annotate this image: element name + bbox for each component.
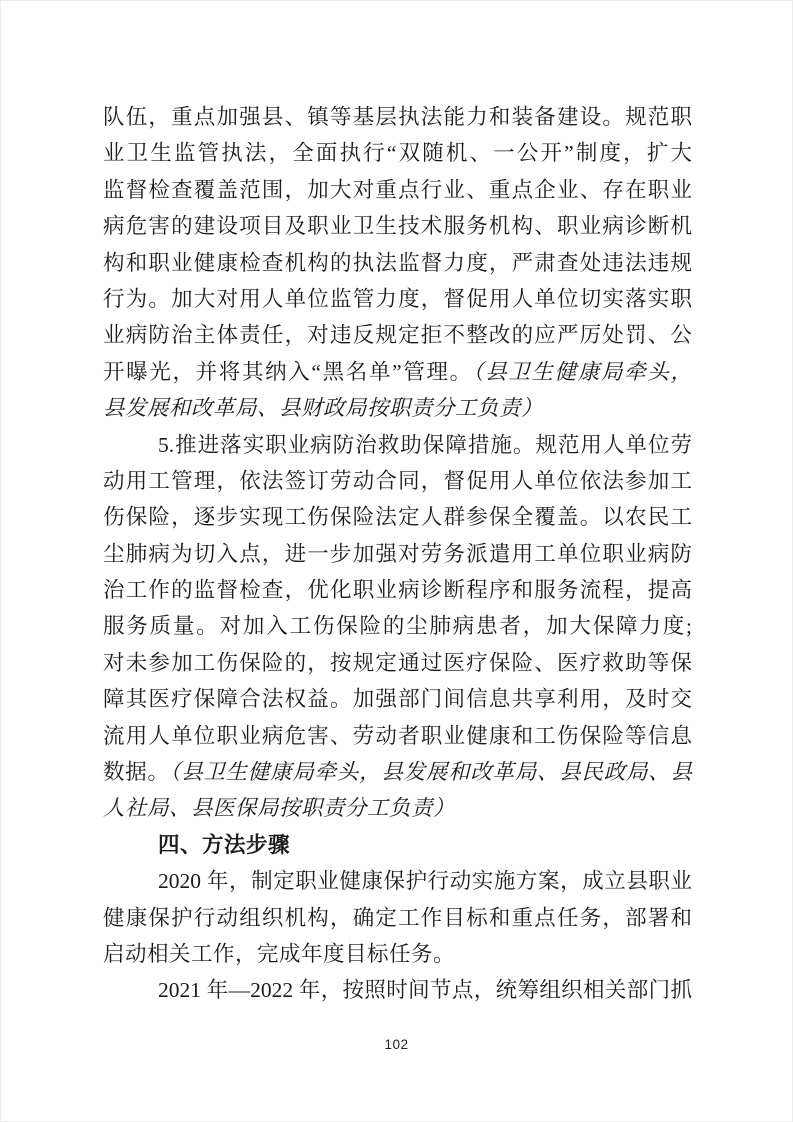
- text-run: 业卫生监管执法，全面执行“双随机、一公开”制度，扩大: [103, 141, 692, 165]
- text-run: 业病防治主体责任，对违反规定拒不整改的应严厉处罚、公: [103, 323, 692, 347]
- text-run: 服务质量。对加入工伤保险的尘肺病患者，加大保障力度;: [103, 614, 692, 638]
- text-run: 启动相关工作，完成年度目标任务。: [103, 942, 455, 966]
- page-number: 102: [1, 1037, 792, 1052]
- section-heading: 四、方法步骤: [103, 827, 692, 863]
- text-run: 监督检查覆盖范围，加大对重点行业、重点企业、存在职业: [103, 178, 692, 202]
- responsibility-note: 县发展和改革局、县财政局按职责分工负责）: [103, 396, 543, 420]
- responsibility-note: 人社局、县医保局按职责分工负责）: [103, 796, 455, 820]
- text-run: 队伍，重点加强县、镇等基层执法能力和装备建设。规范职: [103, 105, 692, 129]
- text-line: 开曝光，并将其纳入“黑名单”管理。（县卫生健康局牵头，: [103, 354, 692, 390]
- text-run: 5.推进落实职业病防治救助保障措施。规范用人单位劳: [158, 433, 692, 457]
- text-run: 2021 年—2022 年，按照时间节点，统筹组织相关部门抓: [158, 978, 692, 1002]
- text-line: 县发展和改革局、县财政局按职责分工负责）: [103, 390, 692, 426]
- text-line: 流用人单位职业病危害、劳动者职业健康和工伤保险等信息: [103, 718, 692, 754]
- text-line: 动用工管理，依法签订劳动合同，督促用人单位依法参加工: [103, 463, 692, 499]
- text-line: 病危害的建设项目及职业卫生技术服务机构、职业病诊断机: [103, 208, 692, 244]
- text-line: 行为。加大对用人单位监管力度，督促用人单位切实落实职: [103, 281, 692, 317]
- text-run: 障其医疗保障合法权益。加强部门间信息共享利用，及时交: [103, 687, 692, 711]
- text-line: 监督检查覆盖范围，加大对重点行业、重点企业、存在职业: [103, 172, 692, 208]
- text-line: 5.推进落实职业病防治救助保障措施。规范用人单位劳: [103, 427, 692, 463]
- text-run: 病危害的建设项目及职业卫生技术服务机构、职业病诊断机: [103, 214, 692, 238]
- text-line: 治工作的监督检查，优化职业病诊断程序和服务流程，提高: [103, 572, 692, 608]
- text-run: 对未参加工伤保险的，按规定通过医疗保险、医疗救助等保: [103, 651, 692, 675]
- responsibility-note: （县卫生健康局牵头，: [473, 360, 692, 384]
- responsibility-note: （县卫生健康局牵头，县发展和改革局、县民政局、县: [170, 760, 692, 784]
- text-line: 2020 年，制定职业健康保护行动实施方案，成立县职业: [103, 863, 692, 899]
- text-run: 行为。加大对用人单位监管力度，督促用人单位切实落实职: [103, 287, 692, 311]
- text-run: 开曝光，并将其纳入“黑名单”管理。: [103, 360, 473, 384]
- text-line: 健康保护行动组织机构，确定工作目标和重点任务，部署和: [103, 900, 692, 936]
- text-run: 2020 年，制定职业健康保护行动实施方案，成立县职业: [158, 869, 692, 893]
- text-line: 数据。（县卫生健康局牵头，县发展和改革局、县民政局、县: [103, 754, 692, 790]
- text-run: 流用人单位职业病危害、劳动者职业健康和工伤保险等信息: [103, 724, 692, 748]
- text-line: 业病防治主体责任，对违反规定拒不整改的应严厉处罚、公: [103, 317, 692, 353]
- text-line: 服务质量。对加入工伤保险的尘肺病患者，加大保障力度;: [103, 608, 692, 644]
- text-line: 队伍，重点加强县、镇等基层执法能力和装备建设。规范职: [103, 99, 692, 135]
- text-run: 健康保护行动组织机构，确定工作目标和重点任务，部署和: [103, 906, 692, 930]
- text-line: 启动相关工作，完成年度目标任务。: [103, 936, 692, 972]
- text-line: 尘肺病为切入点，进一步加强对劳务派遣用工单位职业病防: [103, 536, 692, 572]
- text-run: 伤保险，逐步实现工伤保险法定人群参保全覆盖。以农民工: [103, 505, 692, 529]
- text-run: 动用工管理，依法签订劳动合同，督促用人单位依法参加工: [103, 469, 692, 493]
- section-heading-text: 四、方法步骤: [158, 833, 290, 857]
- text-line: 2021 年—2022 年，按照时间节点，统筹组织相关部门抓: [103, 972, 692, 1008]
- document-page: 队伍，重点加强县、镇等基层执法能力和装备建设。规范职 业卫生监管执法，全面执行“…: [0, 0, 793, 1122]
- text-run: 治工作的监督检查，优化职业病诊断程序和服务流程，提高: [103, 578, 692, 602]
- text-line: 人社局、县医保局按职责分工负责）: [103, 790, 692, 826]
- text-run: 数据。: [103, 760, 170, 784]
- document-body: 队伍，重点加强县、镇等基层执法能力和装备建设。规范职 业卫生监管执法，全面执行“…: [103, 99, 692, 1009]
- text-line: 伤保险，逐步实现工伤保险法定人群参保全覆盖。以农民工: [103, 499, 692, 535]
- text-run: 尘肺病为切入点，进一步加强对劳务派遣用工单位职业病防: [103, 542, 692, 566]
- text-line: 构和职业健康检查机构的执法监督力度，严肃查处违法违规: [103, 245, 692, 281]
- text-line: 业卫生监管执法，全面执行“双随机、一公开”制度，扩大: [103, 135, 692, 171]
- text-run: 构和职业健康检查机构的执法监督力度，严肃查处违法违规: [103, 251, 692, 275]
- text-line: 障其医疗保障合法权益。加强部门间信息共享利用，及时交: [103, 681, 692, 717]
- text-line: 对未参加工伤保险的，按规定通过医疗保险、医疗救助等保: [103, 645, 692, 681]
